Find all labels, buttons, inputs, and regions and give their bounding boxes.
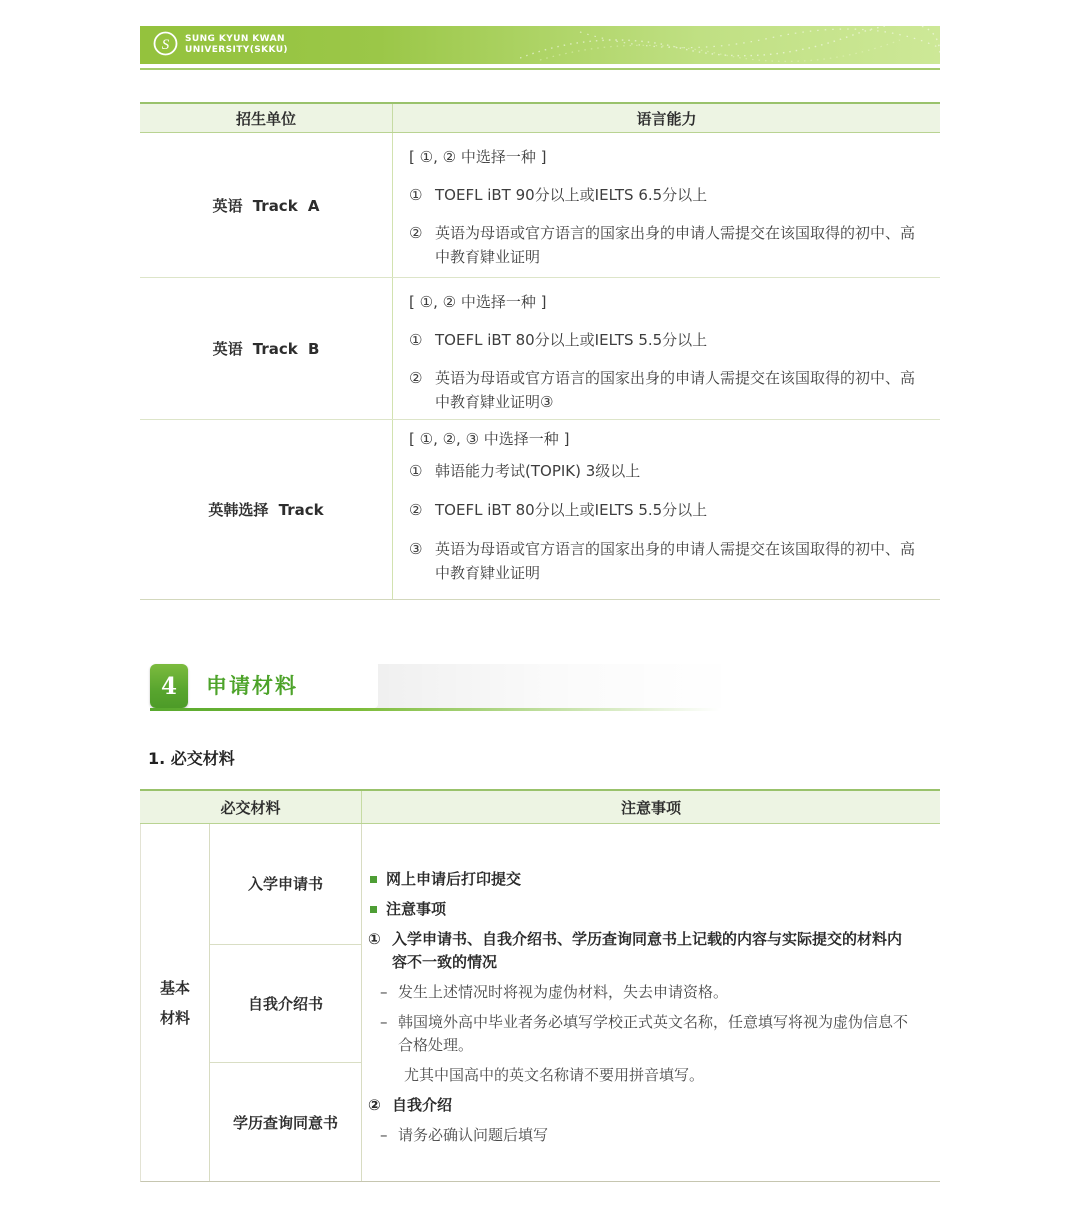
- track-b-label: 英语 Track B: [140, 278, 393, 419]
- banner-wave-pattern-icon: [520, 26, 940, 64]
- note-text: 注意事项: [386, 898, 446, 921]
- requirement-item: ① TOEFL iBT 80分以上或IELTS 5.5分以上: [409, 328, 918, 352]
- requirement-item: ② 英语为母语或官方语言的国家出身的申请人需提交在该国取得的初中、高中教育肄业证…: [409, 366, 918, 414]
- group-label-line1: 基本: [160, 973, 190, 1003]
- bullet-square-icon: [370, 876, 377, 883]
- note-text: 韩国境外高中毕业者务必填写学校正式英文名称，任意填写将视为虚伪信息不合格处理。: [398, 1011, 914, 1057]
- note-text: 请务必确认问题后填写: [398, 1124, 548, 1147]
- table1-header-ability: 语言能力: [393, 104, 940, 132]
- note-text: 入学申请书、自我介绍书、学历查询同意书上记载的内容与实际提交的材料内容不一致的情…: [392, 928, 914, 974]
- banner-underline: [140, 68, 940, 70]
- required-materials-table: 必交材料 注意事项 基本 材料 入学申请书 自我介绍书 学历查询同意书 网上申请…: [140, 789, 940, 1182]
- item-text: TOEFL iBT 80分以上或IELTS 5.5分以上: [435, 328, 918, 352]
- item-marker: ②: [409, 498, 435, 522]
- table-row-track-a: 英语 Track A [ ①, ② 中选择一种 ] ① TOEFL iBT 90…: [140, 133, 940, 278]
- table1-header-unit: 招生单位: [140, 104, 393, 132]
- item-marker: ①: [409, 183, 435, 207]
- track-b-requirements: [ ①, ② 中选择一种 ] ① TOEFL iBT 80分以上或IELTS 5…: [393, 278, 940, 419]
- dash-marker: –: [380, 1011, 398, 1034]
- track-en-kr-label: 英韩选择 Track: [140, 420, 393, 599]
- track-en-kr-requirements: [ ①, ②, ③ 中选择一种 ] ① 韩语能力考试(TOPIK) 3级以上 ②…: [393, 420, 940, 599]
- table1-header-row: 招生单位 语言能力: [140, 102, 940, 133]
- university-logo: S SUNG KYUN KWAN UNIVERSITY(SKKU): [152, 30, 288, 61]
- note-line: ② 自我介绍: [368, 1094, 914, 1117]
- item-marker: ①: [409, 459, 435, 483]
- table2-body: 基本 材料 入学申请书 自我介绍书 学历查询同意书 网上申请后打印提交 注意事项…: [140, 824, 940, 1182]
- dash-marker: –: [380, 1124, 398, 1147]
- logo-text: SUNG KYUN KWAN UNIVERSITY(SKKU): [185, 34, 288, 56]
- item-text: 韩语能力考试(TOPIK) 3级以上: [435, 459, 918, 483]
- note-line: – 请务必确认问题后填写: [380, 1124, 914, 1147]
- requirement-item: ① 韩语能力考试(TOPIK) 3级以上: [409, 459, 918, 483]
- table2-header-materials: 必交材料: [140, 791, 362, 823]
- group-label-line2: 材料: [160, 1003, 190, 1033]
- material-items-column: 入学申请书 自我介绍书 学历查询同意书: [210, 824, 362, 1181]
- track-a-label: 英语 Track A: [140, 133, 393, 277]
- section-number-badge: 4: [150, 664, 188, 708]
- track-a-requirements: [ ①, ② 中选择一种 ] ① TOEFL iBT 90分以上或IELTS 6…: [393, 133, 940, 277]
- note-text: 尤其中国高中的英文名称请不要用拼音填写。: [404, 1064, 704, 1087]
- item-text: 英语为母语或官方语言的国家出身的申请人需提交在该国取得的初中、高中教育肄业证明③: [435, 366, 918, 414]
- item-marker: ②: [409, 366, 435, 414]
- logo-line2: UNIVERSITY(SKKU): [185, 45, 288, 56]
- material-group-basic: 基本 材料: [141, 824, 210, 1181]
- item-marker: ②: [409, 221, 435, 269]
- note-text: 发生上述情况时将视为虚伪材料，失去申请资格。: [398, 981, 728, 1004]
- choose-one-note: [ ①, ② 中选择一种 ]: [409, 291, 918, 314]
- material-item-application: 入学申请书: [210, 824, 361, 945]
- item-text: TOEFL iBT 90分以上或IELTS 6.5分以上: [435, 183, 918, 207]
- table2-header-notes: 注意事项: [362, 791, 940, 823]
- bullet-square-icon: [370, 906, 377, 913]
- item-text: TOEFL iBT 80分以上或IELTS 5.5分以上: [435, 498, 918, 522]
- table2-header-row: 必交材料 注意事项: [140, 789, 940, 824]
- dash-marker: –: [380, 981, 398, 1004]
- item-marker: ③: [409, 537, 435, 585]
- material-item-consent: 学历查询同意书: [210, 1063, 361, 1181]
- svg-text:S: S: [162, 37, 170, 53]
- subsection-title: 1. 必交材料: [148, 746, 235, 769]
- requirement-item: ② TOEFL iBT 80分以上或IELTS 5.5分以上: [409, 498, 918, 522]
- item-text: 英语为母语或官方语言的国家出身的申请人需提交在该国取得的初中、高中教育肄业证明: [435, 221, 918, 269]
- requirement-item: ② 英语为母语或官方语言的国家出身的申请人需提交在该国取得的初中、高中教育肄业证…: [409, 221, 918, 269]
- notes-column: 网上申请后打印提交 注意事项 ① 入学申请书、自我介绍书、学历查询同意书上记载的…: [362, 824, 940, 1181]
- note-marker: ①: [368, 928, 392, 951]
- note-line: 注意事项: [368, 898, 914, 921]
- requirement-item: ③ 英语为母语或官方语言的国家出身的申请人需提交在该国取得的初中、高中教育肄业证…: [409, 537, 918, 585]
- language-ability-table: 招生单位 语言能力 英语 Track A [ ①, ② 中选择一种 ] ① TO…: [140, 102, 940, 600]
- section-underline: [150, 708, 750, 711]
- document-page: S SUNG KYUN KWAN UNIVERSITY(SKKU) 招生单位 语…: [0, 0, 1080, 1217]
- note-text: 网上申请后打印提交: [386, 868, 521, 891]
- note-text: 自我介绍: [392, 1094, 452, 1117]
- note-line: – 韩国境外高中毕业者务必填写学校正式英文名称，任意填写将视为虚伪信息不合格处理…: [380, 1011, 914, 1057]
- item-text: 英语为母语或官方语言的国家出身的申请人需提交在该国取得的初中、高中教育肄业证明: [435, 537, 918, 585]
- section-title-tab: 申请材料: [188, 661, 378, 708]
- material-item-self-intro: 自我介绍书: [210, 945, 361, 1064]
- requirement-item: ① TOEFL iBT 90分以上或IELTS 6.5分以上: [409, 183, 918, 207]
- table-row-track-b: 英语 Track B [ ①, ② 中选择一种 ] ① TOEFL iBT 80…: [140, 278, 940, 420]
- choose-one-note: [ ①, ②, ③ 中选择一种 ]: [409, 428, 918, 451]
- logo-line1: SUNG KYUN KWAN: [185, 34, 288, 45]
- university-emblem-icon: S: [152, 30, 179, 61]
- item-marker: ①: [409, 328, 435, 352]
- table-row-track-en-kr: 英韩选择 Track [ ①, ②, ③ 中选择一种 ] ① 韩语能力考试(TO…: [140, 420, 940, 600]
- note-marker: ②: [368, 1094, 392, 1117]
- section-title: 申请材料: [206, 670, 298, 700]
- note-line: 尤其中国高中的英文名称请不要用拼音填写。: [404, 1064, 914, 1087]
- note-line: 网上申请后打印提交: [368, 868, 914, 891]
- note-line: ① 入学申请书、自我介绍书、学历查询同意书上记载的内容与实际提交的材料内容不一致…: [368, 928, 914, 974]
- note-line: – 发生上述情况时将视为虚伪材料，失去申请资格。: [380, 981, 914, 1004]
- header-banner: S SUNG KYUN KWAN UNIVERSITY(SKKU): [140, 26, 940, 64]
- choose-one-note: [ ①, ② 中选择一种 ]: [409, 146, 918, 169]
